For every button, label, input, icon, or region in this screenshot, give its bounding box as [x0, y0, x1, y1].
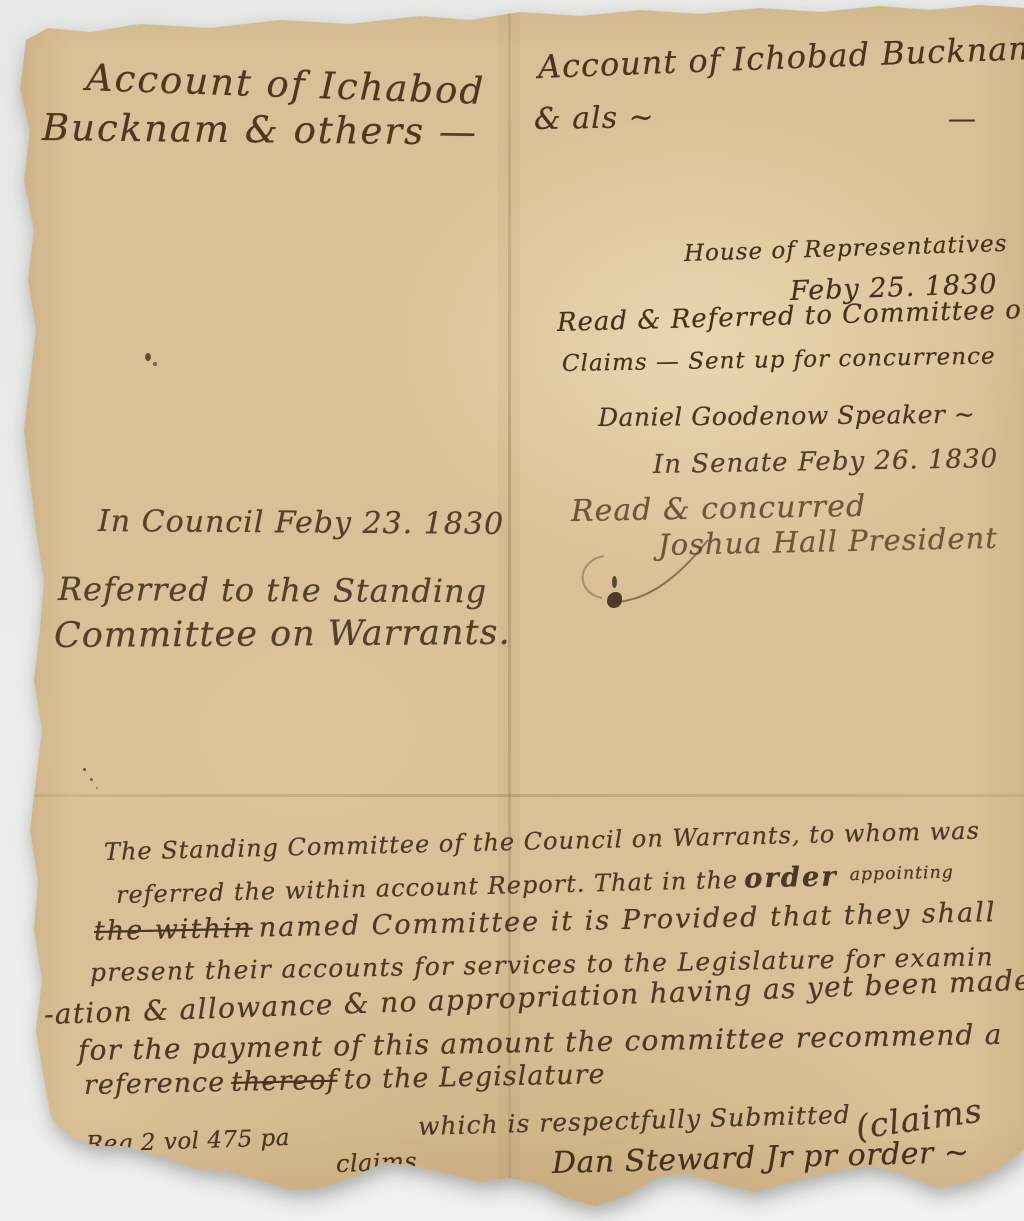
ink-speck — [83, 768, 86, 771]
senate-line-read-concurred: Read & concurred — [571, 489, 867, 529]
docket-left-line-2: Bucknam & others — — [42, 106, 478, 154]
docket-right-line-2: & als ~ — [534, 100, 655, 137]
report-line-2-inserted-word: appointing — [849, 863, 954, 886]
paper-shadow: Account of Ichabod Bucknam & others — Ac… — [0, 0, 1024, 1221]
house-line-chamber: House of Representatives — [684, 231, 1008, 267]
ink-speck — [153, 362, 157, 366]
claims-small-note: claims — [336, 1147, 418, 1178]
house-line-read-referred: Read & Referred to Committee on — [557, 295, 1024, 338]
council-line-committee: Committee on Warrants. — [54, 613, 511, 656]
report-line-1: The Standing Committee of the Council on… — [104, 817, 981, 866]
submission-line: which is respectfully Submitted — [418, 1100, 852, 1141]
horizontal-fold-crease — [0, 794, 1024, 797]
council-line-date: In Council Feby 23. 1830 — [98, 504, 504, 542]
clerk-signature: Dan Steward Jr pr order ~ — [552, 1135, 970, 1181]
report-line-3-struck-words: the within — [94, 913, 253, 947]
report-line-7-text-end: to the Legislature — [343, 1059, 606, 1095]
speaker-signature: Daniel Goodenow Speaker ~ — [598, 400, 976, 432]
ink-speck — [145, 353, 151, 361]
docket-right-dash: — — [948, 102, 976, 135]
docket-left-line-1: Account of Ichabod — [85, 56, 486, 113]
report-line-3-text: named Committee it is Provided that they… — [258, 897, 996, 943]
scan-backdrop: Account of Ichabod Bucknam & others — Ac… — [0, 0, 1024, 1221]
house-line-claims-sent-up: Claims — Sent up for concurrence — [562, 343, 996, 377]
ink-speck — [90, 778, 93, 781]
torn-manuscript-paper: Account of Ichabod Bucknam & others — Ac… — [0, 0, 1024, 1221]
report-line-7-text-start: reference — [84, 1067, 226, 1101]
ink-flourish — [558, 538, 728, 628]
report-line-2-overwritten-word: order — [744, 860, 838, 894]
council-line-referred: Referred to the Standing — [58, 570, 487, 610]
report-line-7-struck-word: thereof — [231, 1065, 338, 1098]
senate-line-date: In Senate Feby 26. 1830 — [653, 444, 999, 480]
docket-right-line-1: Account of Ichobad Bucknam — [537, 29, 1024, 86]
ink-speck — [96, 787, 98, 789]
report-line-2-text: referred the within account Report. That… — [116, 866, 739, 909]
registry-reference: Reg 2 vol 475 pa — [86, 1125, 291, 1158]
